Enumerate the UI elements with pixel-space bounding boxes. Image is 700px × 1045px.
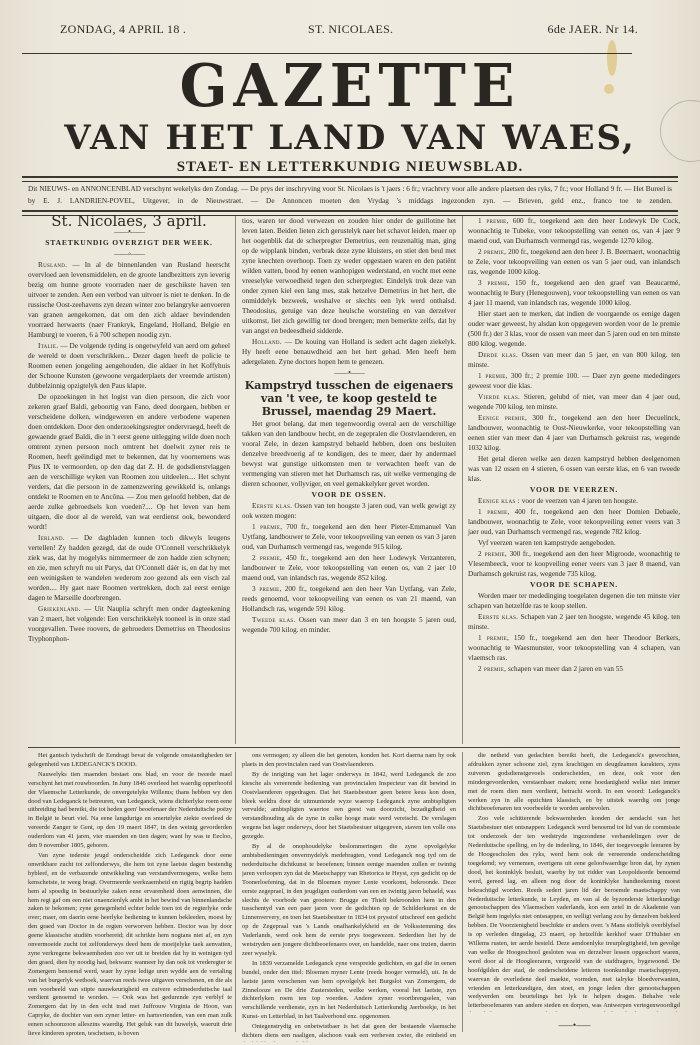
paragraph-lead: 2 premie, (478, 665, 506, 673)
paragraph: Holland. — De kouing van Holland is sede… (242, 337, 456, 367)
paragraph: Ierland. — De dagbladen kunnen toch dikw… (28, 533, 230, 603)
paragraph: Vierde klas. Stieren, gelubd of niet, va… (468, 392, 680, 412)
dateline: ZONDAG, 4 APRIL 18 . ST. NICOLAES. 6de J… (60, 22, 640, 38)
paragraph: Worden maer ter mededinging toegelaten d… (468, 591, 680, 611)
paragraph: 1 premie, 400 fr., toegekend aen den hee… (468, 507, 680, 537)
article-body: Eenige klas : voor de veerzen van 4 jare… (468, 496, 680, 579)
lower-column-2: ons vermogen; zy alleen die het genoten,… (242, 752, 456, 1042)
paragraph: Eerste klas. Ossen van ten hoogste 3 jar… (242, 501, 456, 521)
paragraph-lead: Tweede klas. (252, 616, 296, 624)
paragraph: 2 premie, schapen van meer dan 2 jaren e… (468, 664, 680, 674)
paragraph: die netheid van gedachten bereikt heeft,… (468, 752, 680, 814)
paragraph-lead: Rusland. (38, 261, 67, 269)
paragraph: 1 premie, 600 fr., toegekend aen den hee… (468, 216, 680, 246)
article-headline: Kampstryd tusschen de eigenaers van 't v… (242, 379, 456, 418)
column-divider (462, 216, 463, 744)
paragraph-lead: 1 premie, (478, 508, 510, 516)
paragraph: Italie. — De volgende tyding is ongetwyf… (28, 341, 230, 391)
column-divider (235, 216, 236, 744)
paragraph: ons vermogen; zy alleen die het genoten,… (242, 752, 456, 770)
paragraph: Het getal dieren welke aen dezen kampstr… (468, 454, 680, 484)
paragraph-lead: 3 premie, (478, 279, 510, 287)
lower-column-3: die netheid van gedachten bereikt heeft,… (468, 752, 680, 1012)
paragraph: In 1839 verzamelde Ledeganck zyne verspr… (242, 960, 456, 1022)
paragraph: Zoo vele schitterende bekwaemheden konde… (468, 815, 680, 1012)
paragraph: Derde klas. Ossen van meer dan 5 jaer, e… (468, 350, 680, 370)
paragraph-lead: 1 premie, (478, 634, 509, 642)
article-body: Worden maer ter mededinging toegelaten d… (468, 591, 680, 674)
paragraph-lead: Griekenland. (38, 605, 81, 613)
paragraph-lead: 2 premie, (478, 248, 506, 256)
paragraph: Ontegenstrydig en onbetwistbaer is het d… (242, 1023, 456, 1042)
paragraph-lead: Eerste klas. (478, 613, 518, 621)
article-body: Rusland. — In al de binnenlanden van Rus… (28, 260, 230, 644)
paragraph: 2 premie, 450 fr., toegekend aen den hee… (242, 553, 456, 583)
paragraph: 1 premie, 700 fr., toegekend aen den hee… (242, 522, 456, 552)
issue-number: 6de JAER. Nr 14. (548, 22, 638, 37)
column-divider (235, 752, 236, 1032)
paragraph-lead: Derde klas. (478, 351, 518, 359)
issue-date: ZONDAG, 4 APRIL 18 . (60, 22, 186, 37)
paragraph: tios, waren ter dood verwezen en zouden … (242, 216, 456, 336)
feuilleton-rule (28, 747, 680, 748)
masthead-tagline: STAET- EN LETTERKUNDIG NIEUWSBLAD. (0, 159, 700, 176)
lower-column-1: Het gantsch tydschrift de Eendragt bevat… (28, 752, 232, 1042)
section-title: VOOR DE OSSEN. (242, 490, 456, 500)
paragraph: 3 premie, 150 fr., toegekend aen den gra… (468, 278, 680, 308)
obituary-body: ons vermogen; zy alleen die het genoten,… (242, 752, 456, 1042)
paragraph: Rusland. — In al de binnenlanden van Rus… (28, 260, 230, 340)
column-1: St. Nicolaes, 3 april. ——•—— STAETKUNDIG… (28, 216, 230, 645)
obituary-body: Het gantsch tydschrift de Eendragt bevat… (28, 752, 232, 1039)
section-title: VOOR DE SCHAPEN. (468, 580, 680, 590)
column-3: 1 premie, 600 fr., toegekend aen den hee… (468, 216, 680, 675)
article-body: 1 premie, 600 fr., toegekend aen den hee… (468, 216, 680, 484)
paragraph: Eerste klas. Schapen van 2 jaer ten hoog… (468, 612, 680, 632)
paragraph: By al de onophoudelyke beslommeringen di… (242, 843, 456, 959)
paragraph-lead: Ierland. (38, 534, 65, 542)
paragraph: Tweede klas. Ossen van meer dan 3 en ten… (242, 615, 456, 635)
paragraph-lead: 2 premie, (252, 554, 282, 562)
paragraph: Nauwelyks tien maenden bestaet ons blad,… (28, 771, 232, 851)
paragraph: 3 premie, 200 fr., toegekend aen den hee… (242, 584, 456, 614)
paragraph-lead: Eerste klas. (252, 502, 292, 510)
paragraph: 1 premie, 300 fr.; 2 premie 100. — Daer … (468, 371, 680, 391)
paragraph: Hier staet aen te merken, dat indien de … (468, 309, 680, 349)
paragraph: 2 premie, 200 fr., toegekend aen den hee… (468, 247, 680, 277)
masthead-subtitle: VAN HET LAND VAN WAES, (0, 118, 700, 158)
article-body: tios, waren ter dood verwezen en zouden … (242, 216, 456, 367)
paragraph: 1 premie, 150 fr., toegekend aen den hee… (468, 633, 680, 663)
paragraph-lead: Eenige klas : (478, 497, 520, 505)
paragraph: Griekenland. — Uit Nauplia schryft men o… (28, 604, 230, 644)
masthead-rule (22, 176, 678, 182)
article-body: Eerste klas. Ossen van ten hoogste 3 jar… (242, 501, 456, 635)
paragraph: De opzoekingen in het logist van dien pe… (28, 392, 230, 532)
paragraph: Eenige klas : voor de veerzen van 4 jare… (468, 496, 680, 506)
paragraph-lead: 1 premie, (252, 523, 282, 531)
paragraph: Van zyne tederste jeugd onderscheidde zi… (28, 852, 232, 1039)
section-title: VOOR DE VEERZEN. (468, 485, 680, 495)
paragraph: By de inrigting van het lager onderwys i… (242, 771, 456, 842)
paragraph-lead: Holland. (252, 338, 282, 346)
column-2: tios, waren ter dood verwezen en zouden … (242, 216, 456, 636)
paragraph-lead: Italie. (38, 342, 58, 350)
local-dateline: St. Nicolaes, 3 april. (28, 216, 230, 226)
subscription-notice: Dit NIEUWS- en ANNONCENBLAD verschynt we… (28, 183, 672, 207)
issue-place: ST. NICOLAES. (308, 22, 393, 37)
ornament-divider: ——•—— (242, 368, 456, 378)
paragraph: Het gantsch tydschrift de Eendragt bevat… (28, 752, 232, 770)
masthead-title: GAZETTE (0, 51, 700, 120)
ornament-divider: ——◦—— (28, 249, 230, 259)
paragraph-lead: 3 premie, (252, 585, 282, 593)
end-ornament: ——•—— (468, 1021, 680, 1030)
paragraph-lead: 1 premie, (478, 372, 508, 380)
newspaper-page: ZONDAG, 4 APRIL 18 . ST. NICOLAES. 6de J… (0, 0, 700, 1045)
column-divider (462, 752, 463, 1032)
article-intro: Het groot belang, dat men tegenwoordig o… (242, 419, 456, 489)
paragraph: 2 premie, 300 fr., toegekend aen den hee… (468, 549, 680, 579)
paragraph-lead: Vierde klas. (478, 393, 520, 401)
paragraph-lead: 2 premie, (478, 550, 507, 558)
paragraph: Eenige premie, 300 fr., toegekend aen de… (468, 413, 680, 453)
paragraph-lead: 1 premie, (478, 217, 509, 225)
paragraph-lead: Eenige premie, (478, 414, 527, 422)
paragraph: Vyf veerzen waren ten kampstryde aengebo… (468, 538, 680, 548)
section-title: STAETKUNDIG OVERZIGT DER WEEK. (28, 238, 230, 248)
obituary-body: die netheid van gedachten bereikt heeft,… (468, 752, 680, 1012)
